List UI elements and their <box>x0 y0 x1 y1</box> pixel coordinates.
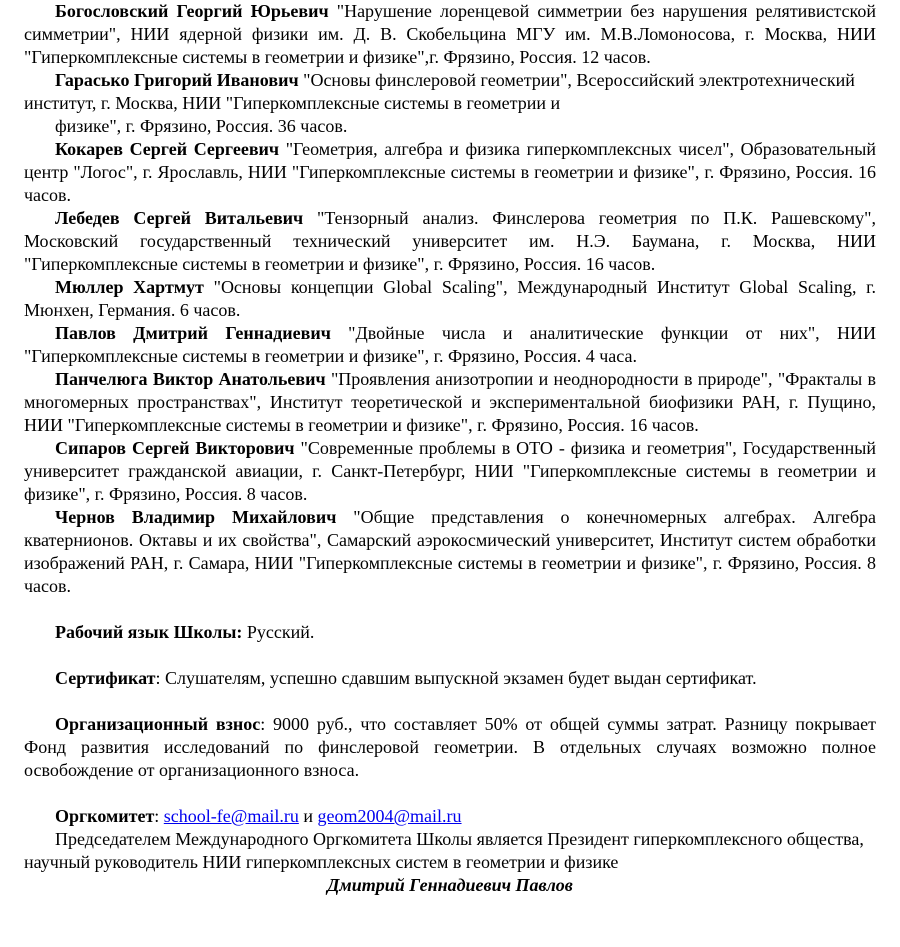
certificate-value: : Слушателям, успешно сдавшим выпускной … <box>156 668 757 688</box>
working-language: Рабочий язык Школы: Русский. <box>24 621 876 644</box>
spacer <box>24 598 876 621</box>
chairman-statement: Председателем Международного Оргкомитета… <box>24 828 876 874</box>
lecturer-entry: Богословский Георгий Юрьевич "Нарушение … <box>24 0 876 69</box>
lecturer-entry: Чернов Владимир Михайлович "Общие предст… <box>24 506 876 598</box>
lecturer-name: Чернов Владимир Михайлович <box>55 507 336 527</box>
document-page: Богословский Георгий Юрьевич "Нарушение … <box>0 0 900 897</box>
fee-info: Организационный взнос: 9000 руб., что со… <box>24 713 876 782</box>
certificate-label: Сертификат <box>55 668 156 688</box>
lecturer-entry: Гарасько Григорий Иванович "Основы финсл… <box>24 69 876 115</box>
lecturer-entry: Сипаров Сергей Викторович "Современные п… <box>24 437 876 506</box>
lecturer-entry: Лебедев Сергей Витальевич "Тензорный ана… <box>24 207 876 276</box>
committee-label: Оргкомитет <box>55 806 154 826</box>
lecturer-name: Гарасько Григорий Иванович <box>55 70 299 90</box>
spacer <box>24 690 876 713</box>
lecturer-name: Мюллер Хартмут <box>55 277 204 297</box>
working-language-value: Русский. <box>242 622 314 642</box>
email-link-geom2004[interactable]: geom2004@mail.ru <box>317 806 461 826</box>
lecturer-name: Сипаров Сергей Викторович <box>55 438 295 458</box>
lecturer-name: Богословский Георгий Юрьевич <box>55 1 329 21</box>
email-link-school-fe[interactable]: school-fe@mail.ru <box>164 806 299 826</box>
organizing-committee: Оргкомитет: school-fe@mail.ru и geom2004… <box>24 805 876 828</box>
lecturer-details-continuation: физике", г. Фрязино, Россия. 36 часов. <box>24 115 876 138</box>
lecturer-entry: Павлов Дмитрий Геннадиевич "Двойные числ… <box>24 322 876 368</box>
lecturer-name: Кокарев Сергей Сергеевич <box>55 139 279 159</box>
working-language-label: Рабочий язык Школы: <box>55 622 242 642</box>
lecturer-entry: Мюллер Хартмут "Основы концепции Global … <box>24 276 876 322</box>
fee-label: Организационный взнос <box>55 714 260 734</box>
lecturer-list: Богословский Георгий Юрьевич "Нарушение … <box>24 0 876 598</box>
committee-conjunction: и <box>299 806 318 826</box>
lecturer-name: Панчелюга Виктор Анатольевич <box>55 369 326 389</box>
lecturer-entry: Кокарев Сергей Сергеевич "Геометрия, алг… <box>24 138 876 207</box>
lecturer-entry: Панчелюга Виктор Анатольевич "Проявления… <box>24 368 876 437</box>
chairman-signature: Дмитрий Геннадиевич Павлов <box>24 874 876 897</box>
lecturer-name: Лебедев Сергей Витальевич <box>55 208 303 228</box>
spacer <box>24 782 876 805</box>
lecturer-name: Павлов Дмитрий Геннадиевич <box>55 323 331 343</box>
spacer <box>24 644 876 667</box>
certificate-info: Сертификат: Слушателям, успешно сдавшим … <box>24 667 876 690</box>
committee-separator: : <box>154 806 164 826</box>
